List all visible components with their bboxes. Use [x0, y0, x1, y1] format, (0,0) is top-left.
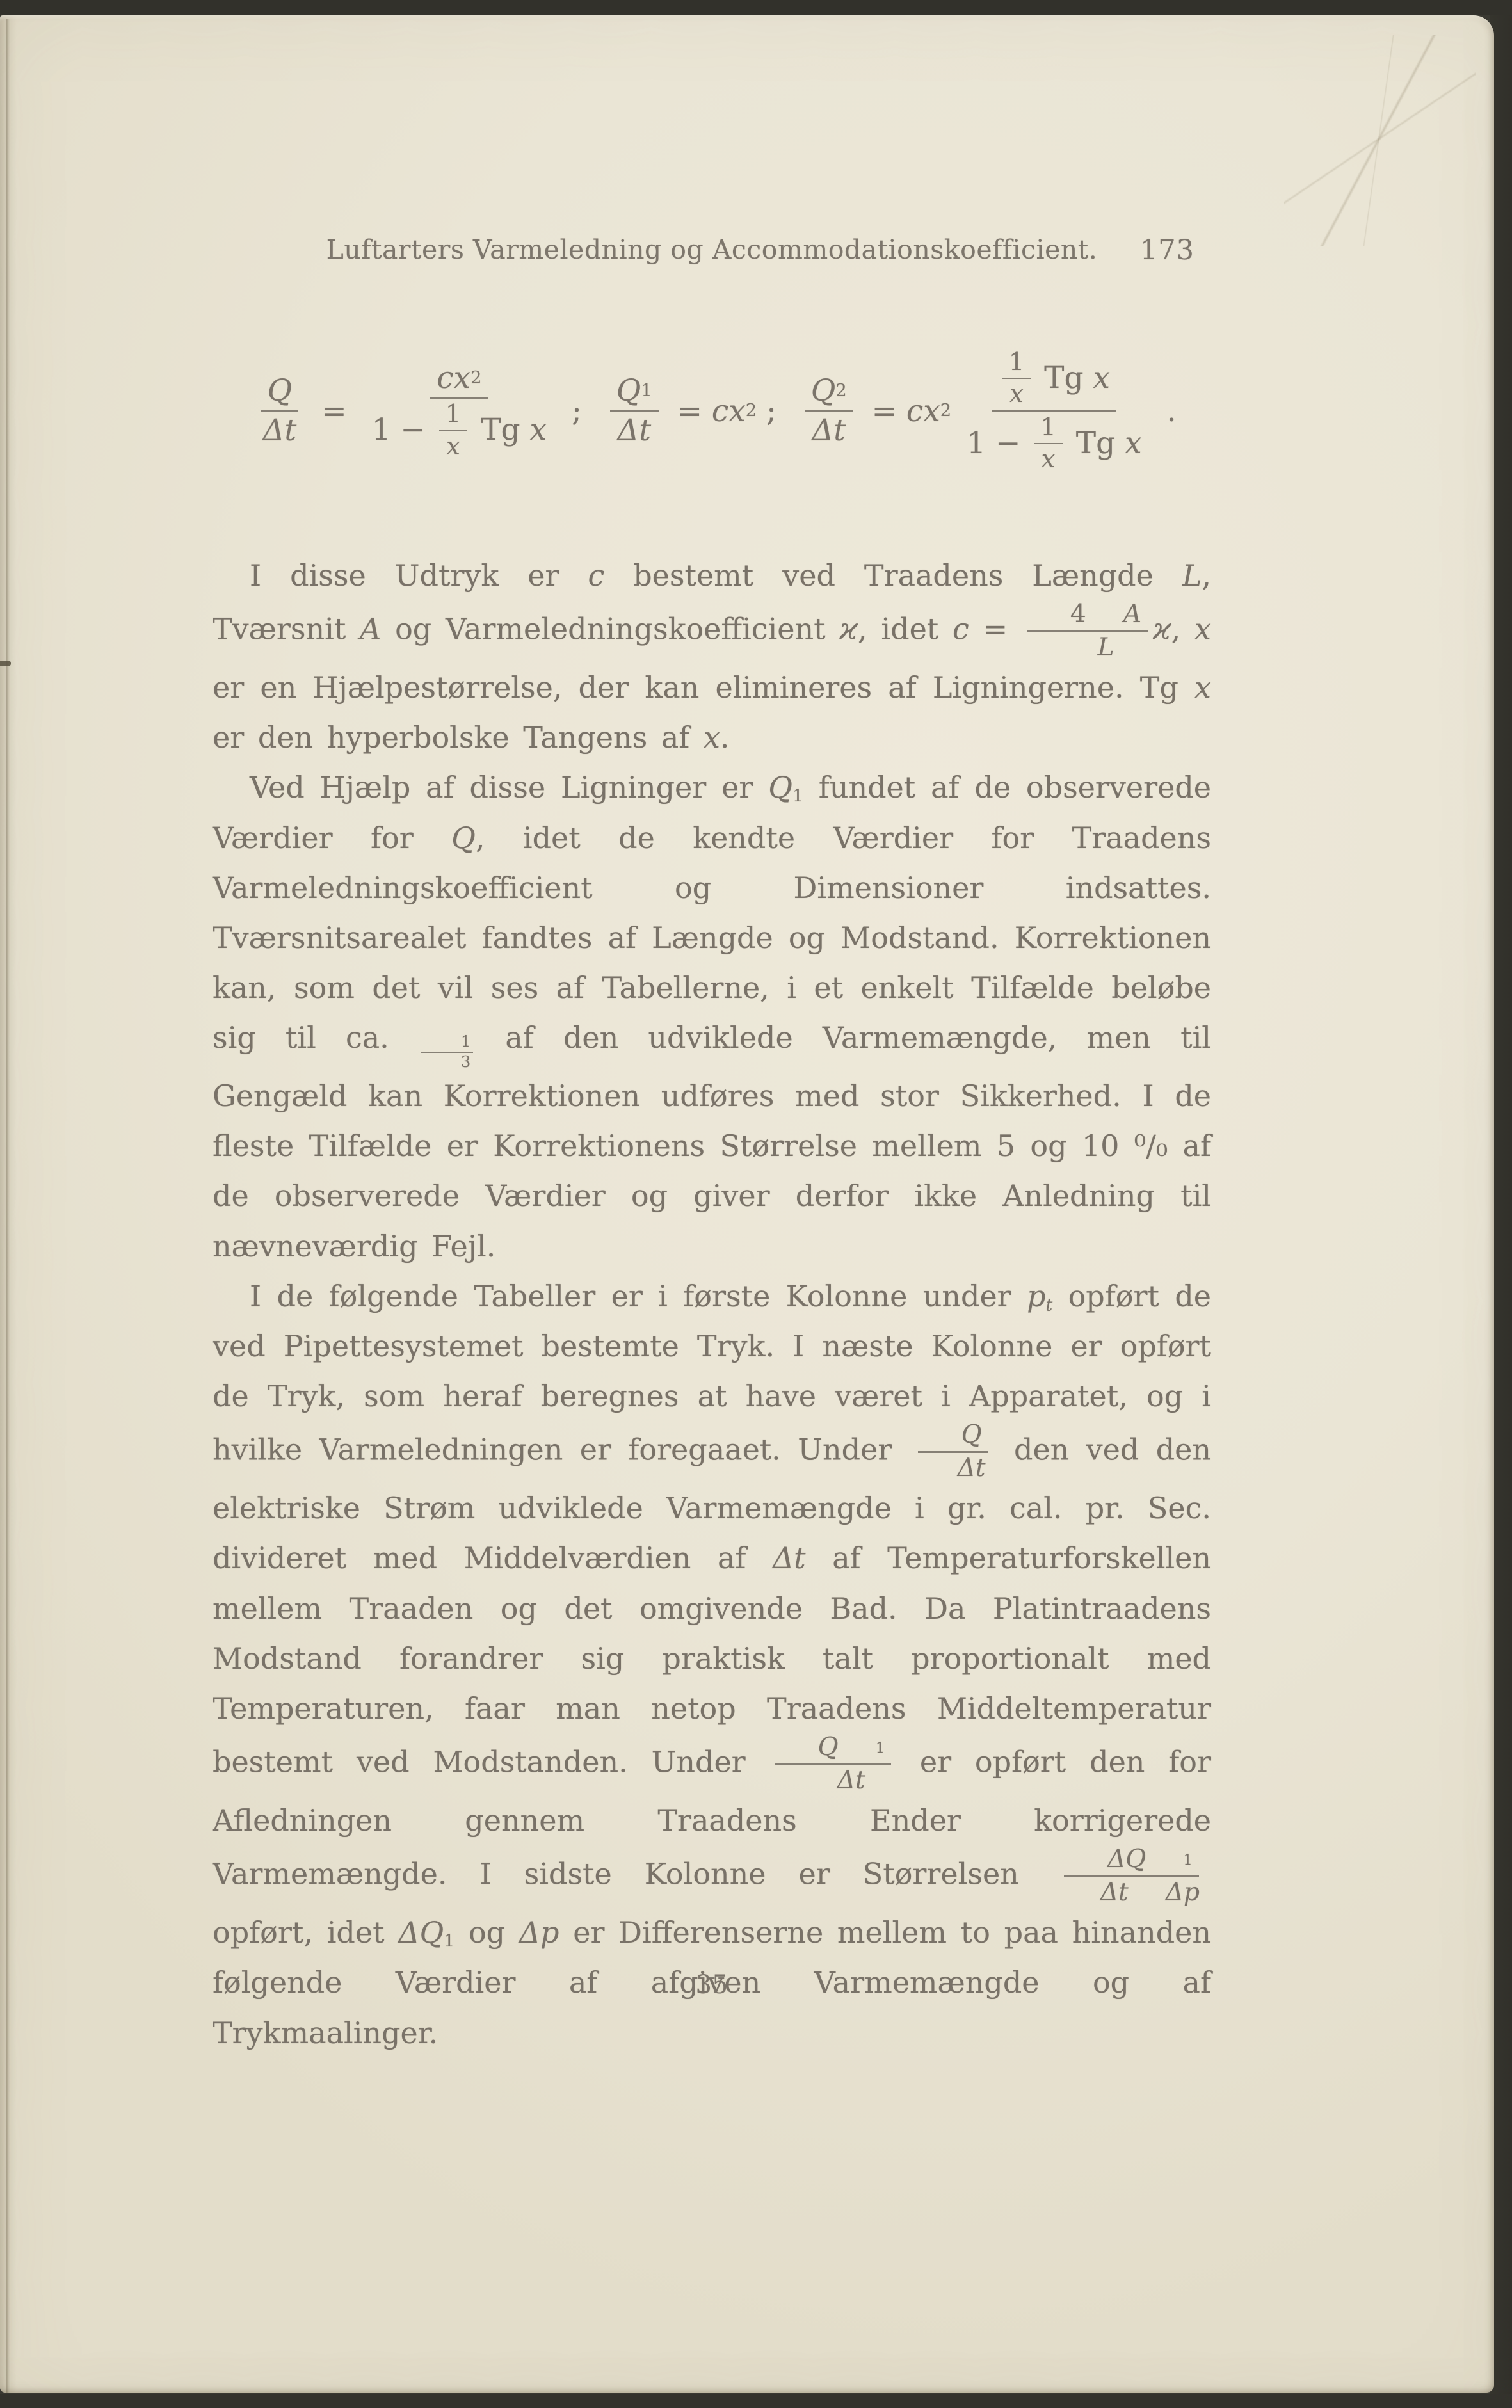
running-header: Luftarters Varmeledning og Accommodation… [213, 234, 1211, 265]
text-run: I de følgende Tabeller er i første Kolon… [250, 1279, 1027, 1313]
text-run: Δt [262, 413, 296, 448]
text-run: Tg [471, 413, 529, 447]
text-run: og [454, 1915, 519, 1950]
text-run: er en Hjælpestørrelse, der kan eliminere… [213, 670, 1194, 705]
text-run: = [668, 394, 712, 429]
text-run: x [1194, 670, 1211, 705]
fraction: 13 [421, 1033, 473, 1071]
text-run: . [1157, 394, 1177, 429]
text-run: Q [811, 374, 836, 408]
text-run: c [588, 558, 604, 593]
text-run: , [1171, 612, 1194, 646]
text-run: af den udviklede Varmemængde, men til Ge… [213, 1020, 1211, 1263]
text-run: ΔQ [398, 1915, 444, 1950]
paragraph: Ved Hjælp af disse Ligninger er Q1 funde… [213, 762, 1211, 1271]
text-run: = [969, 612, 1022, 646]
text-run: x [1009, 380, 1024, 408]
signature-mark: 35 [213, 1970, 1211, 2000]
text-run: Q [451, 821, 476, 855]
text-run: ΔQ [1070, 1845, 1146, 1874]
text-run: ϰ [1153, 612, 1171, 646]
text-run: = [312, 394, 356, 429]
fraction: QΔt [914, 1421, 992, 1483]
display-formula: QΔt = cx21 − 1x Tg x ; Q1Δt = cx2 ; Q2Δt… [213, 315, 1211, 507]
paragraph: I disse Udtryk er c bestemt ved Traadens… [213, 550, 1211, 762]
text-run: Q [781, 1733, 839, 1762]
text-run: Tg [1066, 426, 1125, 461]
text-run: x [1125, 426, 1142, 461]
text-run: 1 [792, 787, 803, 807]
scanned-book-page: Luftarters Varmeledning og Accommodation… [0, 0, 1512, 2408]
text-run: 4 [1033, 600, 1086, 629]
text-run: = [862, 394, 906, 429]
body-text: I disse Udtryk er c bestemt ved Traadens… [213, 550, 1211, 2058]
running-header-title: Luftarters Varmeledning og Accommodation… [326, 234, 1098, 265]
text-run: A [360, 612, 381, 646]
text-run: Δt [773, 1541, 806, 1575]
fraction: Q2Δt [805, 374, 853, 447]
text-run: Q [924, 1421, 982, 1450]
text-run: I disse Udtryk er [250, 558, 588, 593]
text-run: opført, idet [213, 1915, 398, 1950]
fraction: 1x [1002, 348, 1031, 409]
text-run: ϰ [839, 612, 858, 646]
text-run: 3 [424, 1054, 470, 1072]
fraction: 1x [439, 400, 468, 461]
text-run: . [720, 720, 730, 755]
fraction: Q1Δt [610, 374, 659, 447]
paragraph: I de følgende Tabeller er i første Kolon… [213, 1271, 1211, 2058]
text-run: 1 − [967, 426, 1030, 461]
text-run: 1 [424, 1033, 470, 1051]
fraction: 1x Tg x1 − 1x Tg x [960, 348, 1148, 474]
text-run: cx [712, 394, 746, 429]
text-run: x [446, 433, 460, 461]
text-run: x [704, 720, 720, 755]
fraction: 1x [1034, 413, 1063, 474]
text-run: L [1182, 558, 1202, 593]
text-run: Δt [812, 413, 846, 448]
text-run: p [1027, 1279, 1045, 1313]
text-run: cx [906, 394, 940, 429]
text-run: , idet [858, 612, 953, 646]
text-run: Δt [1063, 1879, 1129, 1907]
text-run: Δt [617, 413, 651, 448]
text-run: ; [562, 394, 601, 429]
text-run: Δp [519, 1915, 559, 1950]
text-run: Q [768, 770, 792, 805]
text-run: Δt [800, 1767, 865, 1795]
text-run: af Temperaturforskellen mellem Traaden o… [213, 1541, 1211, 1779]
text-run: bestemt ved Traadens Længde [604, 558, 1182, 593]
text-run: Q [268, 374, 293, 408]
edge-ink-mark [0, 661, 11, 666]
fraction: cx21 − 1x Tg x [366, 361, 554, 461]
text-run: 1 [446, 400, 462, 428]
fraction: QΔt [256, 374, 303, 447]
text-run: 1 [1040, 413, 1056, 442]
text-run: 1 − [372, 413, 435, 447]
corner-wrinkles [1284, 35, 1476, 246]
page-left-crease [6, 19, 10, 2393]
text-run: 1 [444, 1932, 454, 1952]
text-run: Q [616, 374, 641, 408]
text-run: Ved Hjælp af disse Ligninger er [250, 770, 768, 805]
text-run: Tg [1034, 361, 1093, 396]
text-run: t [1046, 1295, 1053, 1315]
fraction: ΔQ1Δt Δp [1057, 1845, 1206, 1907]
paper-sheet: Luftarters Varmeledning og Accommodation… [0, 15, 1494, 2393]
text-run: er den hyperbolske Tangens af [213, 720, 704, 755]
text-run: Δp [1129, 1879, 1200, 1907]
text-run: A [1086, 600, 1141, 629]
fraction: Q1Δt [775, 1733, 891, 1795]
page-number: 173 [1140, 234, 1194, 266]
text-run: x [530, 413, 547, 447]
text-run: L [1060, 634, 1114, 662]
text-run: ; [757, 394, 796, 429]
text-run: og Varmeledningskoefficient [381, 612, 839, 646]
text-run: x [1093, 361, 1111, 396]
text-run: 1 [1009, 348, 1025, 376]
text-run: x [1194, 612, 1211, 646]
text-run: Δt [921, 1454, 986, 1483]
text-run: x [1042, 445, 1056, 474]
fraction: 4AL [1027, 600, 1148, 662]
text-run: cx [437, 361, 470, 396]
text-run: c [953, 612, 969, 646]
